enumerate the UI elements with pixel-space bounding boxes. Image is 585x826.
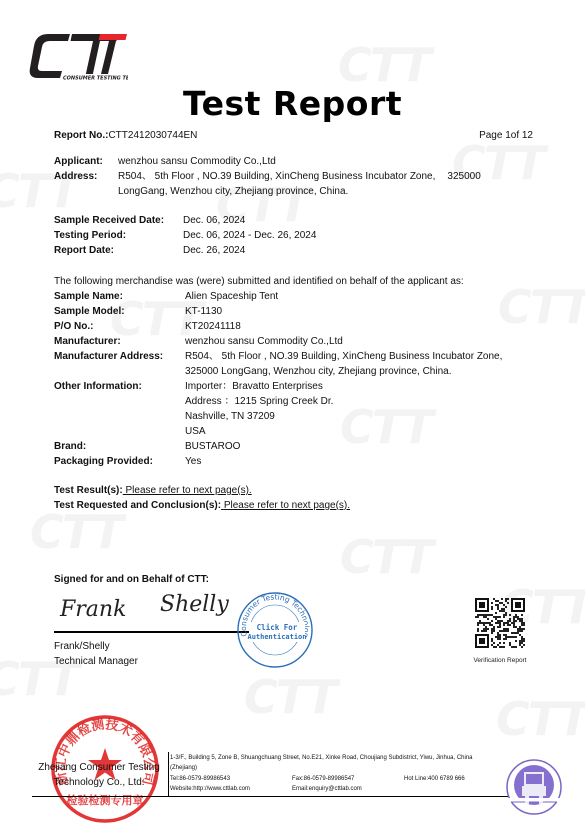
- other-information: Other Information:Importer：Bravatto Ente…: [54, 380, 323, 393]
- test-requested-line: Test Requested and Conclusion(s): Please…: [54, 499, 350, 512]
- sample-received-date: Sample Received Date:Dec. 06, 2024: [54, 214, 245, 227]
- report-date: Report Date:Dec. 26, 2024: [54, 244, 245, 257]
- packaging-provided: Packaging Provided:Yes: [54, 455, 201, 468]
- footer-company-name: Zhejiang Consumer Testing Technology Co.…: [30, 760, 168, 790]
- test-result-line: Test Result(s): Please refer to next pag…: [54, 484, 252, 497]
- other-information-line: Address ：1215 Spring Creek Dr.: [185, 395, 333, 408]
- manufacturer-address: Manufacturer Address:R504、 5th Floor , N…: [54, 350, 502, 363]
- footer-email[interactable]: Email:enquiry@cttlab.com: [292, 785, 362, 795]
- signed-heading: Signed for and on Behalf of CTT:: [54, 573, 209, 586]
- testing-period: Testing Period:Dec. 06, 2024 - Dec. 26, …: [54, 229, 316, 242]
- watermark: CTT: [498, 280, 585, 334]
- applicant-row: Applicant:wenzhou sansu Commodity Co.,Lt…: [54, 155, 276, 168]
- footer-website[interactable]: Website:http://www.cttlab.com: [170, 785, 250, 795]
- verification-report-label: Verification Report: [466, 657, 534, 664]
- watermark: CTT: [496, 692, 585, 746]
- signature-line: [54, 631, 250, 633]
- verification-qr-code[interactable]: [475, 598, 525, 648]
- footer-rule: [32, 796, 510, 797]
- watermark: CTT: [340, 530, 432, 584]
- sample-model: Sample Model:KT-1130: [54, 305, 222, 318]
- footer-hotline: Hot Line:400 6789 666: [404, 775, 465, 785]
- report-number: Report No.:CTT2412030744EN: [54, 129, 197, 142]
- signature-frank: Frank: [60, 597, 126, 622]
- manufacturer: Manufacturer:wenzhou sansu Commodity Co.…: [54, 335, 343, 348]
- signer-title: Technical Manager: [54, 655, 138, 668]
- svg-text:Authentication: Authentication: [247, 633, 306, 641]
- ctt-logo: CONSUMER TESTING TECH: [26, 30, 128, 82]
- manufacturer-address-line2: 325000 LongGang, Wenzhou city, Zhejiang …: [185, 365, 451, 378]
- page-indicator: Page 1of 12: [479, 129, 533, 142]
- page-title: Test Report: [0, 84, 585, 123]
- other-information-line: Nashville, TN 37209: [185, 410, 275, 423]
- intro-text: The following merchandise was (were) sub…: [54, 275, 464, 288]
- signature-shelly: Shelly: [160, 592, 229, 617]
- applicant-address-line2: LongGang, Wenzhou city, Zhejiang provinc…: [118, 185, 348, 198]
- footer-address: 1-3/F., Building 5, Zone B, Shuangchuang…: [170, 754, 473, 764]
- sample-name: Sample Name:Alien Spaceship Tent: [54, 290, 278, 303]
- footer-tel: Tel:86-0579-89986543: [170, 775, 230, 785]
- footer-fax: Fax:86-0579-89986547: [292, 775, 354, 785]
- applicant-address-row: Address:R504、 5th Floor , NO.39 Building…: [54, 170, 481, 183]
- brand: Brand:BUSTAROO: [54, 440, 240, 453]
- other-information-line: USA: [185, 425, 206, 438]
- footer-divider: [168, 752, 169, 797]
- authentication-stamp[interactable]: Consumer Testing Technology Co., Ltd Cli…: [235, 590, 315, 670]
- footer-address-line2: (Zhejiang): [170, 764, 197, 774]
- signer-names: Frank/Shelly: [54, 640, 110, 653]
- po-number: P/O No.:KT20241118: [54, 320, 241, 333]
- watermark: CTT: [30, 505, 122, 559]
- watermark: CTT: [340, 400, 432, 454]
- svg-text:Click For: Click For: [257, 623, 298, 632]
- svg-text:CONSUMER TESTING TECH: CONSUMER TESTING TECH: [63, 76, 128, 82]
- watermark: CTT: [244, 670, 336, 724]
- accreditation-emblem: [505, 758, 563, 816]
